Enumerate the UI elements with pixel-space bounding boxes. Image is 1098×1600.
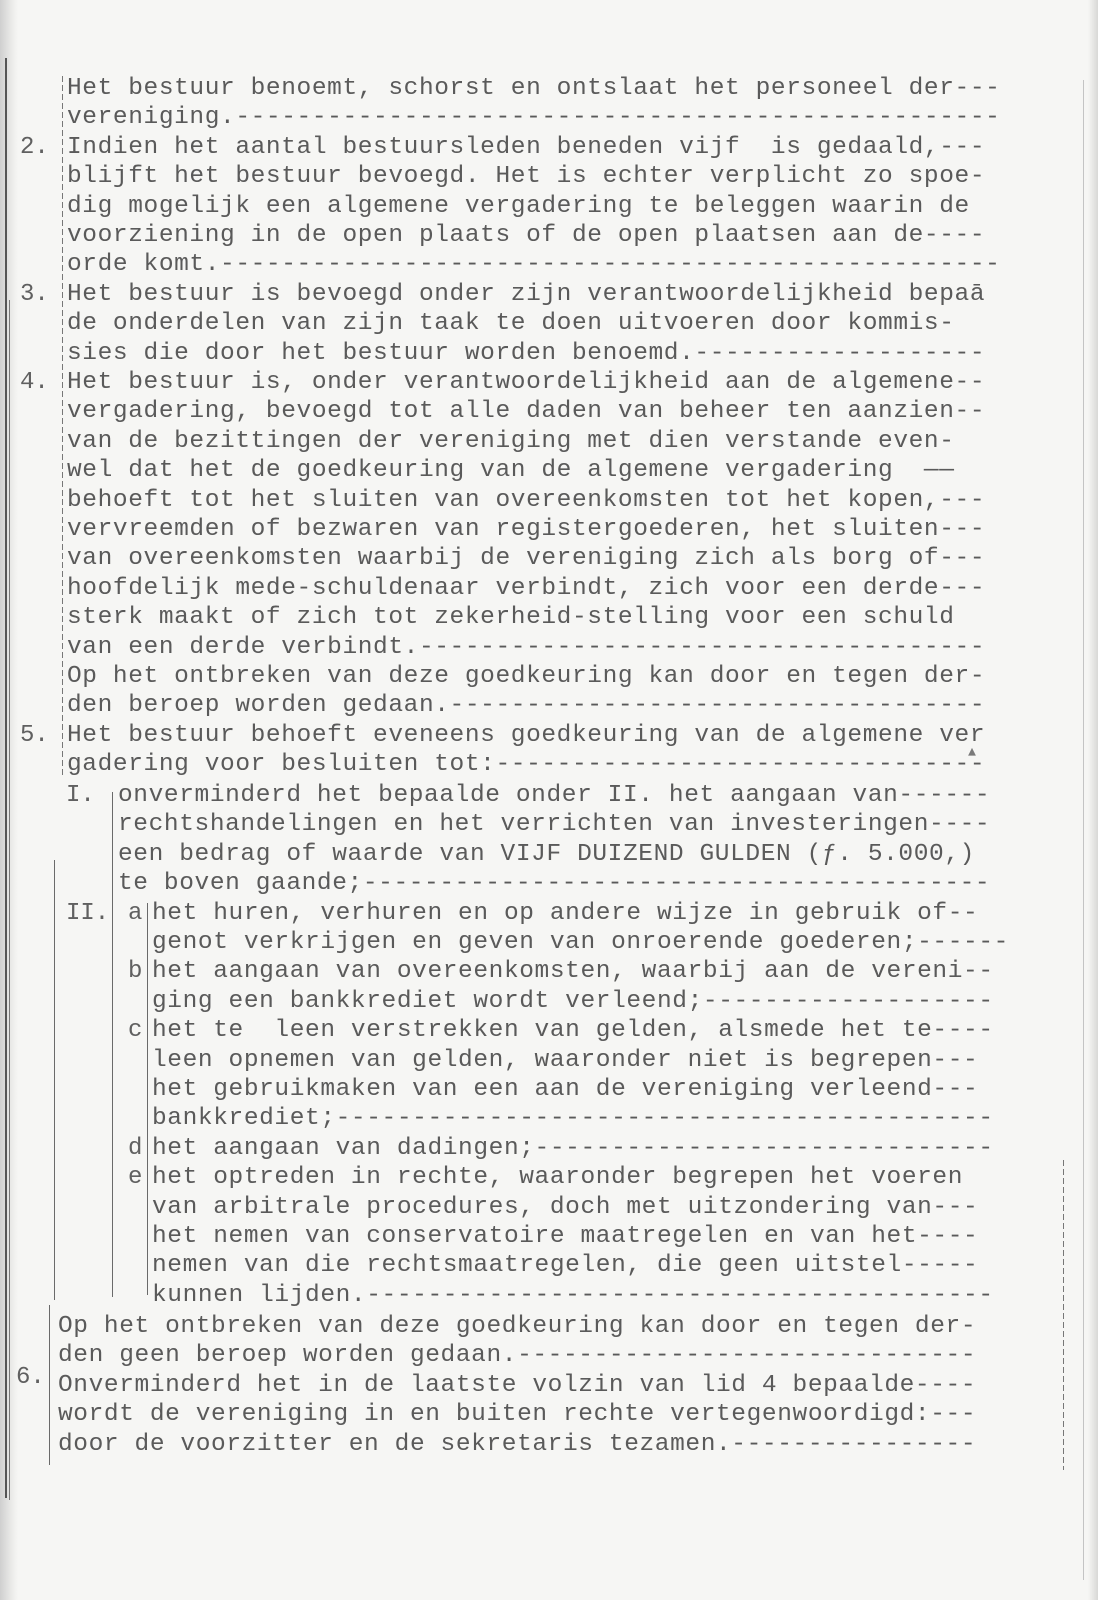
text-line: vereniging.-----------------------------… <box>67 103 1000 133</box>
text-line: orde komt.------------------------------… <box>67 250 1000 280</box>
sub-item-line: ging een bankkrediet wordt verleend;----… <box>152 987 994 1017</box>
text-line: Indien het aantal bestuursleden beneden … <box>67 133 985 163</box>
typed-document-page: Het bestuur benoemt, schorst en ontslaat… <box>0 0 1098 1600</box>
text-line: blijft het bestuur bevoegd. Het is echte… <box>67 162 985 192</box>
text-line: vergadering, bevoegd tot alle daden van … <box>67 397 985 427</box>
text-line: door de voorzitter en de sekretaris teza… <box>58 1430 976 1460</box>
paragraph-number: 3. <box>20 280 49 310</box>
text-line: Op het ontbreken van deze goedkeuring ka… <box>67 662 985 692</box>
text-line: Het bestuur is, onder verantwoordelijkhe… <box>67 368 985 398</box>
margin-rule-bottom <box>49 1305 50 1465</box>
sub-item-label: II. <box>66 899 109 929</box>
text-line: hoofdelijk mede-schuldenaar verbindt, zi… <box>67 574 985 604</box>
text-line: den beroep worden gedaan.---------------… <box>67 691 985 721</box>
paragraph-number: 5. <box>20 721 49 751</box>
sub-item-line: nemen van die rechtsmaatregelen, die gee… <box>152 1251 978 1281</box>
margin-rule-sub-letter <box>147 903 148 1295</box>
paragraph-number: 2. <box>20 133 49 163</box>
text-line: dig mogelijk een algemene vergadering te… <box>67 192 970 222</box>
sub-item-line: het optreden in rechte, waaronder begrep… <box>152 1163 963 1193</box>
sub-item-label: I. <box>66 781 95 811</box>
sub-item-letter: b <box>128 957 142 987</box>
sub-item-line: bankkrediet;----------------------------… <box>152 1104 994 1134</box>
text-line: van de bezittingen der vereniging met di… <box>67 427 955 457</box>
margin-rule-sub-label <box>112 792 113 1297</box>
sub-item-line: leen opnemen van gelden, waaronder niet … <box>152 1046 978 1076</box>
text-line: sterk maakt of zich tot zekerheid-stelli… <box>67 603 955 633</box>
sub-item-line: het aangaan van dadingen;---------------… <box>152 1134 994 1164</box>
sub-item-letter: a <box>128 899 142 929</box>
sub-item-line: het gebruikmaken van een aan de verenigi… <box>152 1075 978 1105</box>
sub-item-line: het nemen van conservatoire maatregelen … <box>152 1222 978 1252</box>
handwritten-stroke-mark: ▴ <box>966 738 978 764</box>
sub-item-line: een bedrag of waarde van VIJF DUIZEND GU… <box>118 840 975 870</box>
margin-rule-top <box>62 76 63 776</box>
sub-item-line: kunnen lijden.--------------------------… <box>152 1281 994 1311</box>
sub-item-line: rechtshandelingen en het verrichten van … <box>118 810 990 840</box>
text-line: wel dat het de goedkeuring van de algeme… <box>67 456 955 486</box>
text-line: Het bestuur benoemt, schorst en ontslaat… <box>67 74 1000 104</box>
text-line: behoeft tot het sluiten van overeenkomst… <box>67 486 985 516</box>
sub-item-line: van arbitrale procedures, doch met uitzo… <box>152 1193 978 1223</box>
sub-item-line: genot verkrijgen en geven van onroerende… <box>152 928 1009 958</box>
text-line: voorziening in de open plaats of de open… <box>67 221 985 251</box>
text-line: van een derde verbindt.-----------------… <box>67 633 985 663</box>
text-line: de onderdelen van zijn taak te doen uitv… <box>67 309 955 339</box>
sub-item-letter: e <box>128 1163 142 1193</box>
sub-item-line: het te leen verstrekken van gelden, alsm… <box>152 1016 994 1046</box>
sub-item-line: het aangaan van overeenkomsten, waarbij … <box>152 957 994 987</box>
text-line: wordt de vereniging in en buiten rechte … <box>58 1400 976 1430</box>
text-line: gadering voor besluiten tot:------------… <box>67 750 985 780</box>
text-line: Het bestuur behoeft eveneens goedkeuring… <box>67 721 985 751</box>
paragraph-number: 6. <box>16 1363 45 1393</box>
sub-item-line: onverminderd het bepaalde onder II. het … <box>118 781 990 811</box>
sub-item-letter: c <box>128 1016 142 1046</box>
paragraph-number: 4. <box>20 368 49 398</box>
text-line: Het bestuur is bevoegd onder zijn verant… <box>67 280 985 310</box>
text-line: Op het ontbreken van deze goedkeuring ka… <box>58 1312 976 1342</box>
margin-rule-right-e <box>1063 1160 1064 1470</box>
text-line: Onverminderd het in de laatste volzin va… <box>58 1371 976 1401</box>
text-line: sies die door het bestuur worden benoemd… <box>67 339 985 369</box>
margin-rule-sub-outer <box>54 860 55 1300</box>
text-line: den geen beroep worden gedaan.----------… <box>58 1341 976 1371</box>
sub-item-line: te boven gaande;------------------------… <box>118 869 990 899</box>
text-line: van overeenkomsten waarbij de vereniging… <box>67 544 985 574</box>
sub-item-line: het huren, verhuren en op andere wijze i… <box>152 899 978 929</box>
sub-item-letter: d <box>128 1134 142 1164</box>
text-line: vervreemden of bezwaren van registergoed… <box>67 515 985 545</box>
